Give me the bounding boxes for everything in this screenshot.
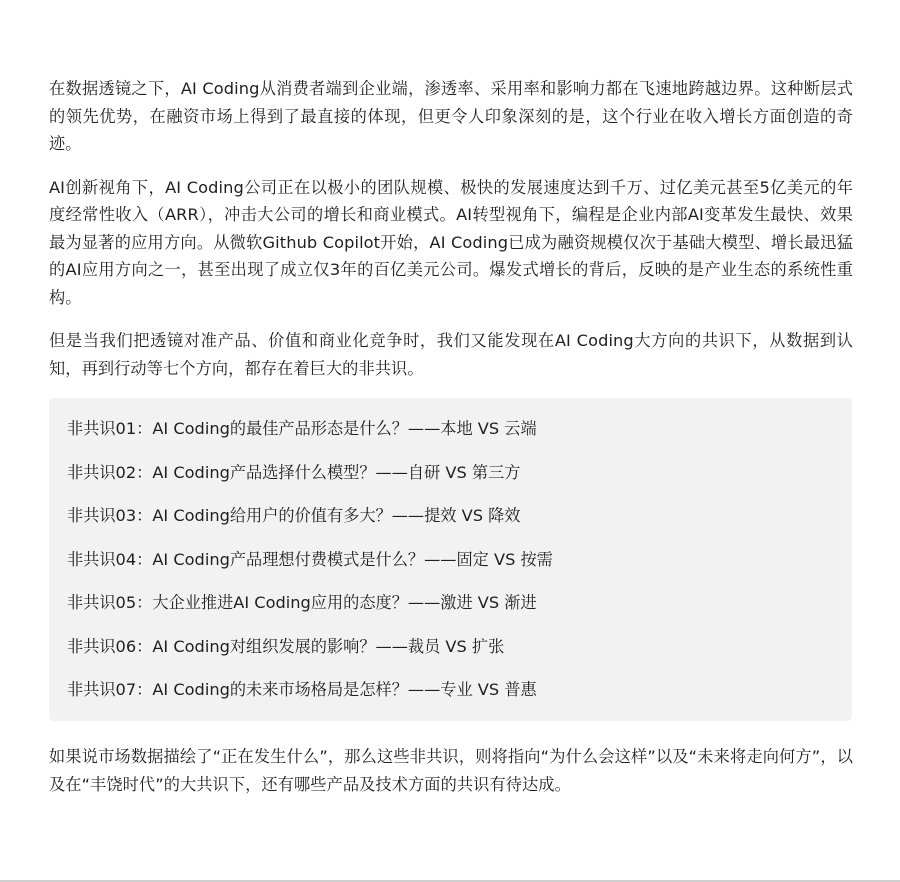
paragraph-closing: 如果说市场数据描绘了“正在发生什么”，那么这些非共识，则将指向“为什么会这样”以… bbox=[49, 743, 853, 798]
non-consensus-item-06: 非共识06：AI Coding对组织发展的影响？——裁员 VS 扩张 bbox=[67, 636, 834, 658]
non-consensus-item-01: 非共识01：AI Coding的最佳产品形态是什么？——本地 VS 云端 bbox=[67, 418, 834, 440]
non-consensus-callout: 非共识01：AI Coding的最佳产品形态是什么？——本地 VS 云端 非共识… bbox=[49, 398, 852, 721]
non-consensus-item-05: 非共识05：大企业推进AI Coding应用的态度？——激进 VS 渐进 bbox=[67, 592, 834, 614]
non-consensus-item-03: 非共识03：AI Coding给用户的价值有多大？——提效 VS 降效 bbox=[67, 505, 834, 527]
article-body: 在数据透镜之下，AI Coding从消费者端到企业端，渗透率、采用率和影响力都在… bbox=[49, 75, 853, 814]
non-consensus-item-07: 非共识07：AI Coding的未来市场格局是怎样？——专业 VS 普惠 bbox=[67, 679, 834, 701]
non-consensus-item-02: 非共识02：AI Coding产品选择什么模型？——自研 VS 第三方 bbox=[67, 462, 834, 484]
paragraph-intro: 在数据透镜之下，AI Coding从消费者端到企业端，渗透率、采用率和影响力都在… bbox=[49, 75, 853, 158]
paragraph-innovation: AI创新视角下，AI Coding公司正在以极小的团队规模、极快的发展速度达到千… bbox=[49, 174, 853, 312]
paragraph-non-consensus-lead: 但是当我们把透镜对准产品、价值和商业化竞争时，我们又能发现在AI Coding大… bbox=[49, 327, 853, 382]
non-consensus-item-04: 非共识04：AI Coding产品理想付费模式是什么？——固定 VS 按需 bbox=[67, 549, 834, 571]
